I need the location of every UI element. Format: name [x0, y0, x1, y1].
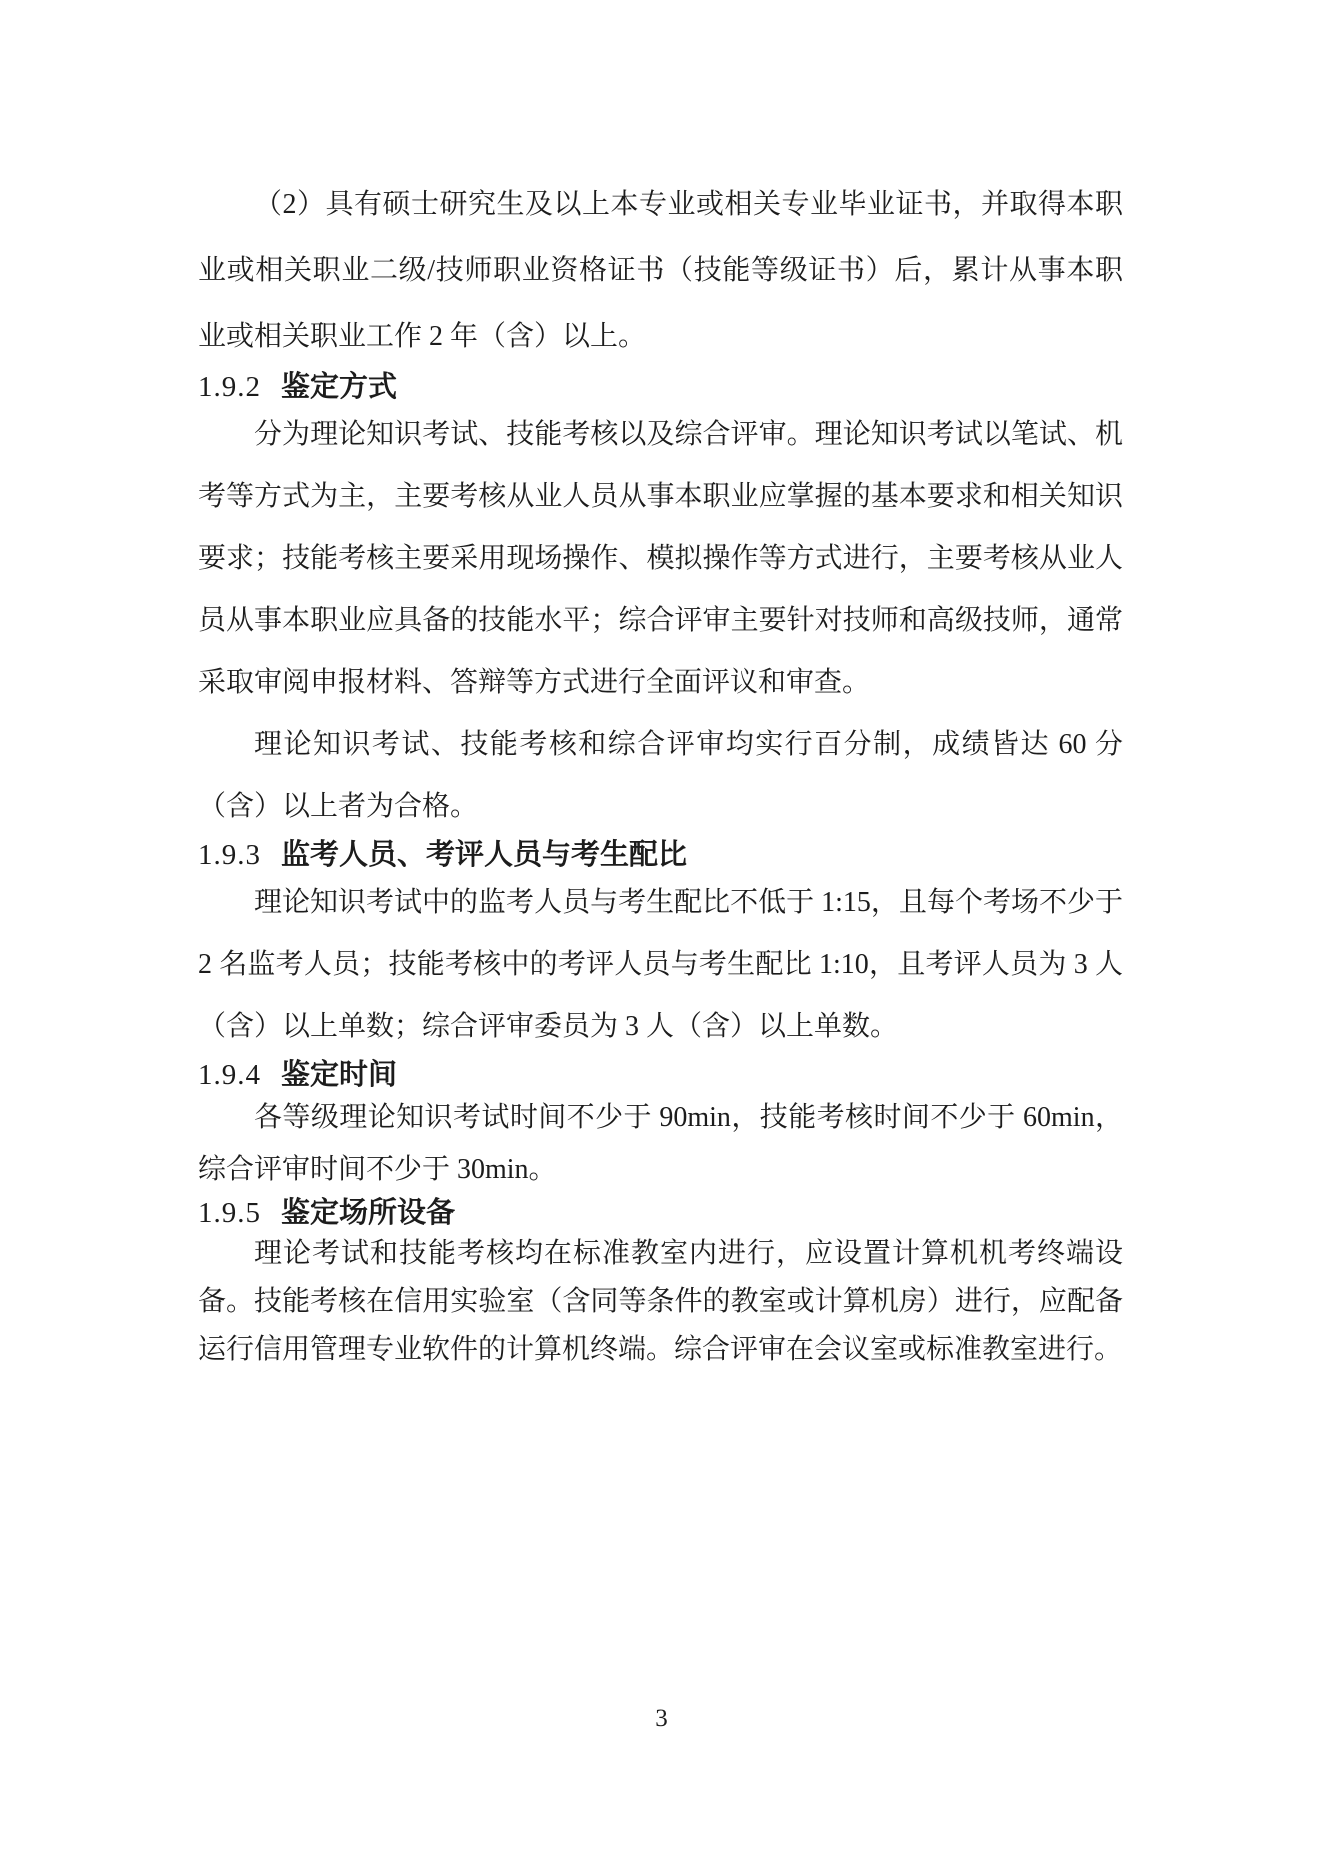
section-number: 1.9.2 [198, 371, 261, 403]
section-heading-1-9-5: 1.9.5鉴定场所设备 [198, 1196, 1123, 1230]
section-number: 1.9.4 [198, 1059, 261, 1091]
section-number: 1.9.5 [198, 1197, 261, 1229]
paragraph-passing-score: 理论知识考试、技能考核和综合评审均实行百分制，成绩皆达 60 分（含）以上者为合… [198, 714, 1123, 838]
paragraph-appraisal-duration: 各等级理论知识考试时间不少于 90min，技能考核时间不少于 60min，综合评… [198, 1092, 1123, 1196]
section-title: 鉴定时间 [281, 1059, 397, 1091]
section-heading-1-9-2: 1.9.2鉴定方式 [198, 370, 1123, 404]
paragraph-qualification-masters: （2）具有硕士研究生及以上本专业或相关专业毕业证书，并取得本职业或相关职业二级/… [198, 172, 1123, 370]
section-title: 鉴定方式 [281, 371, 397, 403]
paragraph-appraisal-methods: 分为理论知识考试、技能考核以及综合评审。理论知识考试以笔试、机考等方式为主，主要… [198, 404, 1123, 714]
document-page: （2）具有硕士研究生及以上本专业或相关专业毕业证书，并取得本职业或相关职业二级/… [0, 0, 1323, 1871]
section-title: 监考人员、考评人员与考生配比 [281, 839, 687, 871]
section-heading-1-9-4: 1.9.4鉴定时间 [198, 1058, 1123, 1092]
section-number: 1.9.3 [198, 839, 261, 871]
section-heading-1-9-3: 1.9.3监考人员、考评人员与考生配比 [198, 838, 1123, 872]
paragraph-venue-equipment: 理论考试和技能考核均在标准教室内进行，应设置计算机机考终端设备。技能考核在信用实… [198, 1230, 1123, 1374]
paragraph-proctor-ratio: 理论知识考试中的监考人员与考生配比不低于 1:15，且每个考场不少于 2 名监考… [198, 872, 1123, 1058]
document-body: （2）具有硕士研究生及以上本专业或相关专业毕业证书，并取得本职业或相关职业二级/… [198, 172, 1123, 1374]
section-title: 鉴定场所设备 [281, 1197, 455, 1229]
page-number: 3 [0, 1705, 1323, 1733]
